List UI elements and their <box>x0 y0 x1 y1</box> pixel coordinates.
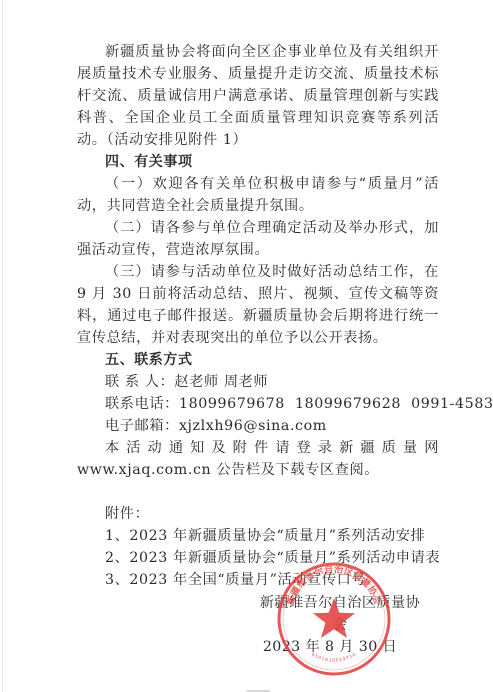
attachments-label: 附件： <box>77 503 439 525</box>
intro-paragraph: 新疆质量协会将面向全区企事业单位及有关组织开展质量技术专业服务、质量提升走访交流… <box>77 41 439 151</box>
official-seal-icon: 新疆维吾尔自治区质量协会 6501010019716 <box>275 560 393 678</box>
section-heading-contact: 五、联系方式 <box>77 349 439 371</box>
svg-text:6501010019716: 6501010019716 <box>310 652 357 664</box>
website-notice: 本活动通知及附件请登录新疆质量网 www.xjaq.com.cn 公告栏及下载专… <box>77 437 439 481</box>
document-body: 新疆质量协会将面向全区企事业单位及有关组织开展质量技术专业服务、质量提升走访交流… <box>77 41 439 591</box>
matter-item-3: （三）请参与活动单位及时做好活动总结工作，在 9 月 30 日前将活动总结、照片… <box>77 261 439 349</box>
section-heading-matters: 四、有关事项 <box>77 151 439 173</box>
matter-item-1: （一）欢迎各有关单位积极申请参与“质量月”活动，共同营造全社会质量提升氛围。 <box>77 173 439 217</box>
document-page: 新疆质量协会将面向全区企事业单位及有关组织开展质量技术专业服务、质量提升走访交流… <box>2 0 493 692</box>
matter-item-2: （二）请各参与单位合理确定活动及举办形式，加强活动宣传，营造浓厚氛围。 <box>77 217 439 261</box>
attachment-item-1: 1、2023 年新疆质量协会“质量月”系列活动安排 <box>77 525 439 547</box>
contact-email: 电子邮箱：xjzlxh96@sina.com <box>77 415 439 437</box>
blank-line <box>77 481 439 503</box>
contact-person: 联 系 人：赵老师 周老师 <box>77 371 439 393</box>
contact-phone: 联系电话：18099679678 18099679628 0991-458331… <box>77 393 439 415</box>
